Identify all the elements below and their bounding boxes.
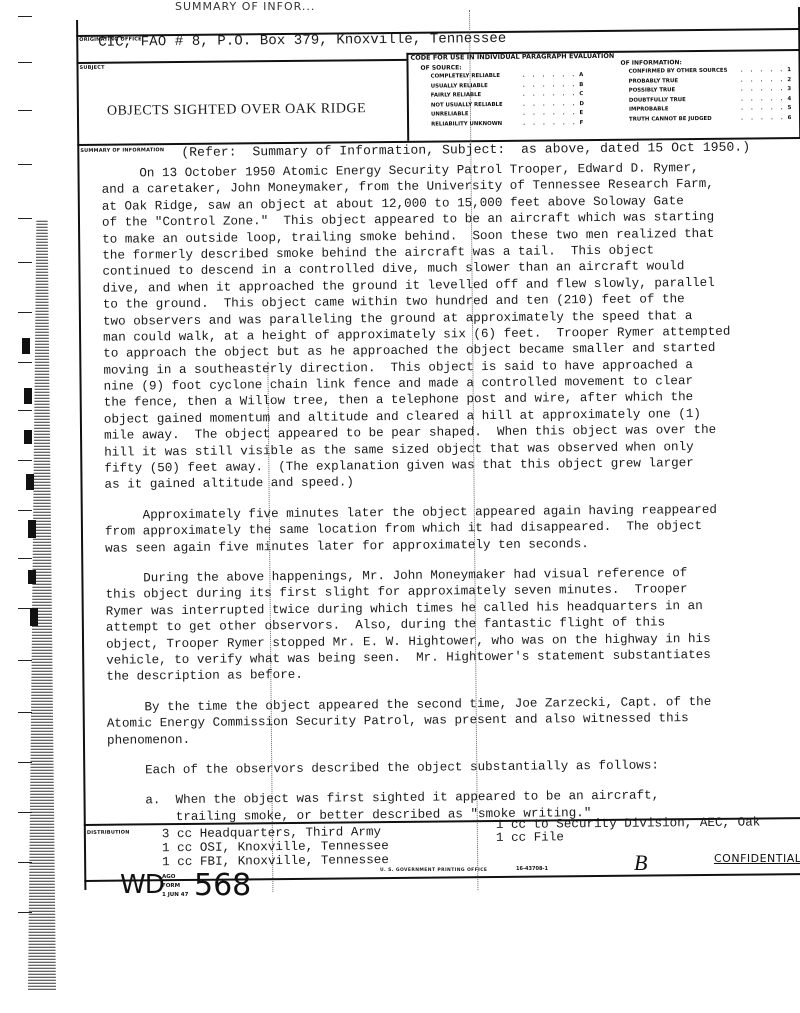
information-heading: OF INFORMATION: [620,59,681,67]
binding-strip [0,0,60,1013]
classification-stamp: CONFIDENTIAL [714,852,800,865]
source-code-row: UNRELIABLE. . . . . . E [431,110,583,117]
printing-office: U. S. GOVERNMENT PRINTING OFFICE [380,868,487,873]
source-code-row: NOT USUALLY RELIABLE. . . . . . D [431,101,584,108]
subject-value: OBJECTS SIGHTED OVER OAK RIDGE [107,101,366,119]
scan-noise [28,220,56,990]
evaluation-code-heading: CODE FOR USE IN INDIVIDUAL PARAGRAPH EVA… [410,52,614,62]
information-code-row: TRUTH CANNOT BE JUDGED. . . . . 6 [629,115,791,123]
wd-mark: WD [120,870,164,900]
paragraph: During the above happenings, Mr. John Mo… [105,564,796,685]
paragraph: Approximately five minutes later the obj… [105,501,795,557]
source-code-row: FAIRLY RELIABLE. . . . . . C [431,91,584,98]
subject-text: OBJECTS SIGHTED OVER OAK RIDGE [107,101,366,118]
source-code-row: RELIABILITY UNKNOWN. . . . . . F [431,120,583,127]
distribution-entry: 1 cc File [496,830,564,845]
handwritten-initials: B [634,850,647,876]
source-code-row: USUALLY RELIABLE. . . . . . B [431,82,584,89]
distribution-entry: 1 cc FBI, Knoxville, Tennessee [162,853,389,869]
summary-form: ORIGINATING OFFICE CIC, FAO # 8, P.O. Bo… [76,7,800,894]
summary-label: SUMMARY OF INFORMATION [80,147,164,154]
distribution-entry: 1 cc to Security Division, AEC, Oak [496,815,761,832]
distribution-label: DISTRIBUTION [87,830,130,836]
paragraph: On 13 October 1950 Atomic Energy Securit… [101,159,794,493]
information-code-row: IMPROBABLE. . . . . 5 [629,105,791,113]
information-code-row: DOUBTFULLY TRUE. . . . . 4 [629,96,791,104]
form-label: AGO FORM 1 JUN 47 [162,873,194,900]
paragraph: By the time the object appeared the seco… [107,693,797,749]
information-code-row: POSSIBLY TRUE. . . . . 3 [629,86,791,94]
subject-label: SUBJECT [79,65,104,71]
source-heading: OF SOURCE: [421,64,462,71]
scanned-document-page: SUMMARY OF INFOR... ORIGINATING OFFICE C… [0,0,800,1013]
information-code-row: CONFIRMED BY OTHER SOURCES. . . . . 1 [629,67,791,75]
evaluation-code-box: CODE FOR USE IN INDIVIDUAL PARAGRAPH EVA… [406,49,800,133]
print-code: 16-43708-1 [516,866,548,872]
summary-body: On 13 October 1950 Atomic Energy Securit… [101,159,797,826]
information-code-row: PROBABLY TRUE. . . . . 2 [629,77,791,85]
source-code-row: COMPLETELY RELIABLE. . . . . . A [431,72,584,79]
form-number: 568 [194,868,251,903]
originating-office-value: CIC, FAO # 8, P.O. Box 379, Knoxville, T… [98,31,506,51]
